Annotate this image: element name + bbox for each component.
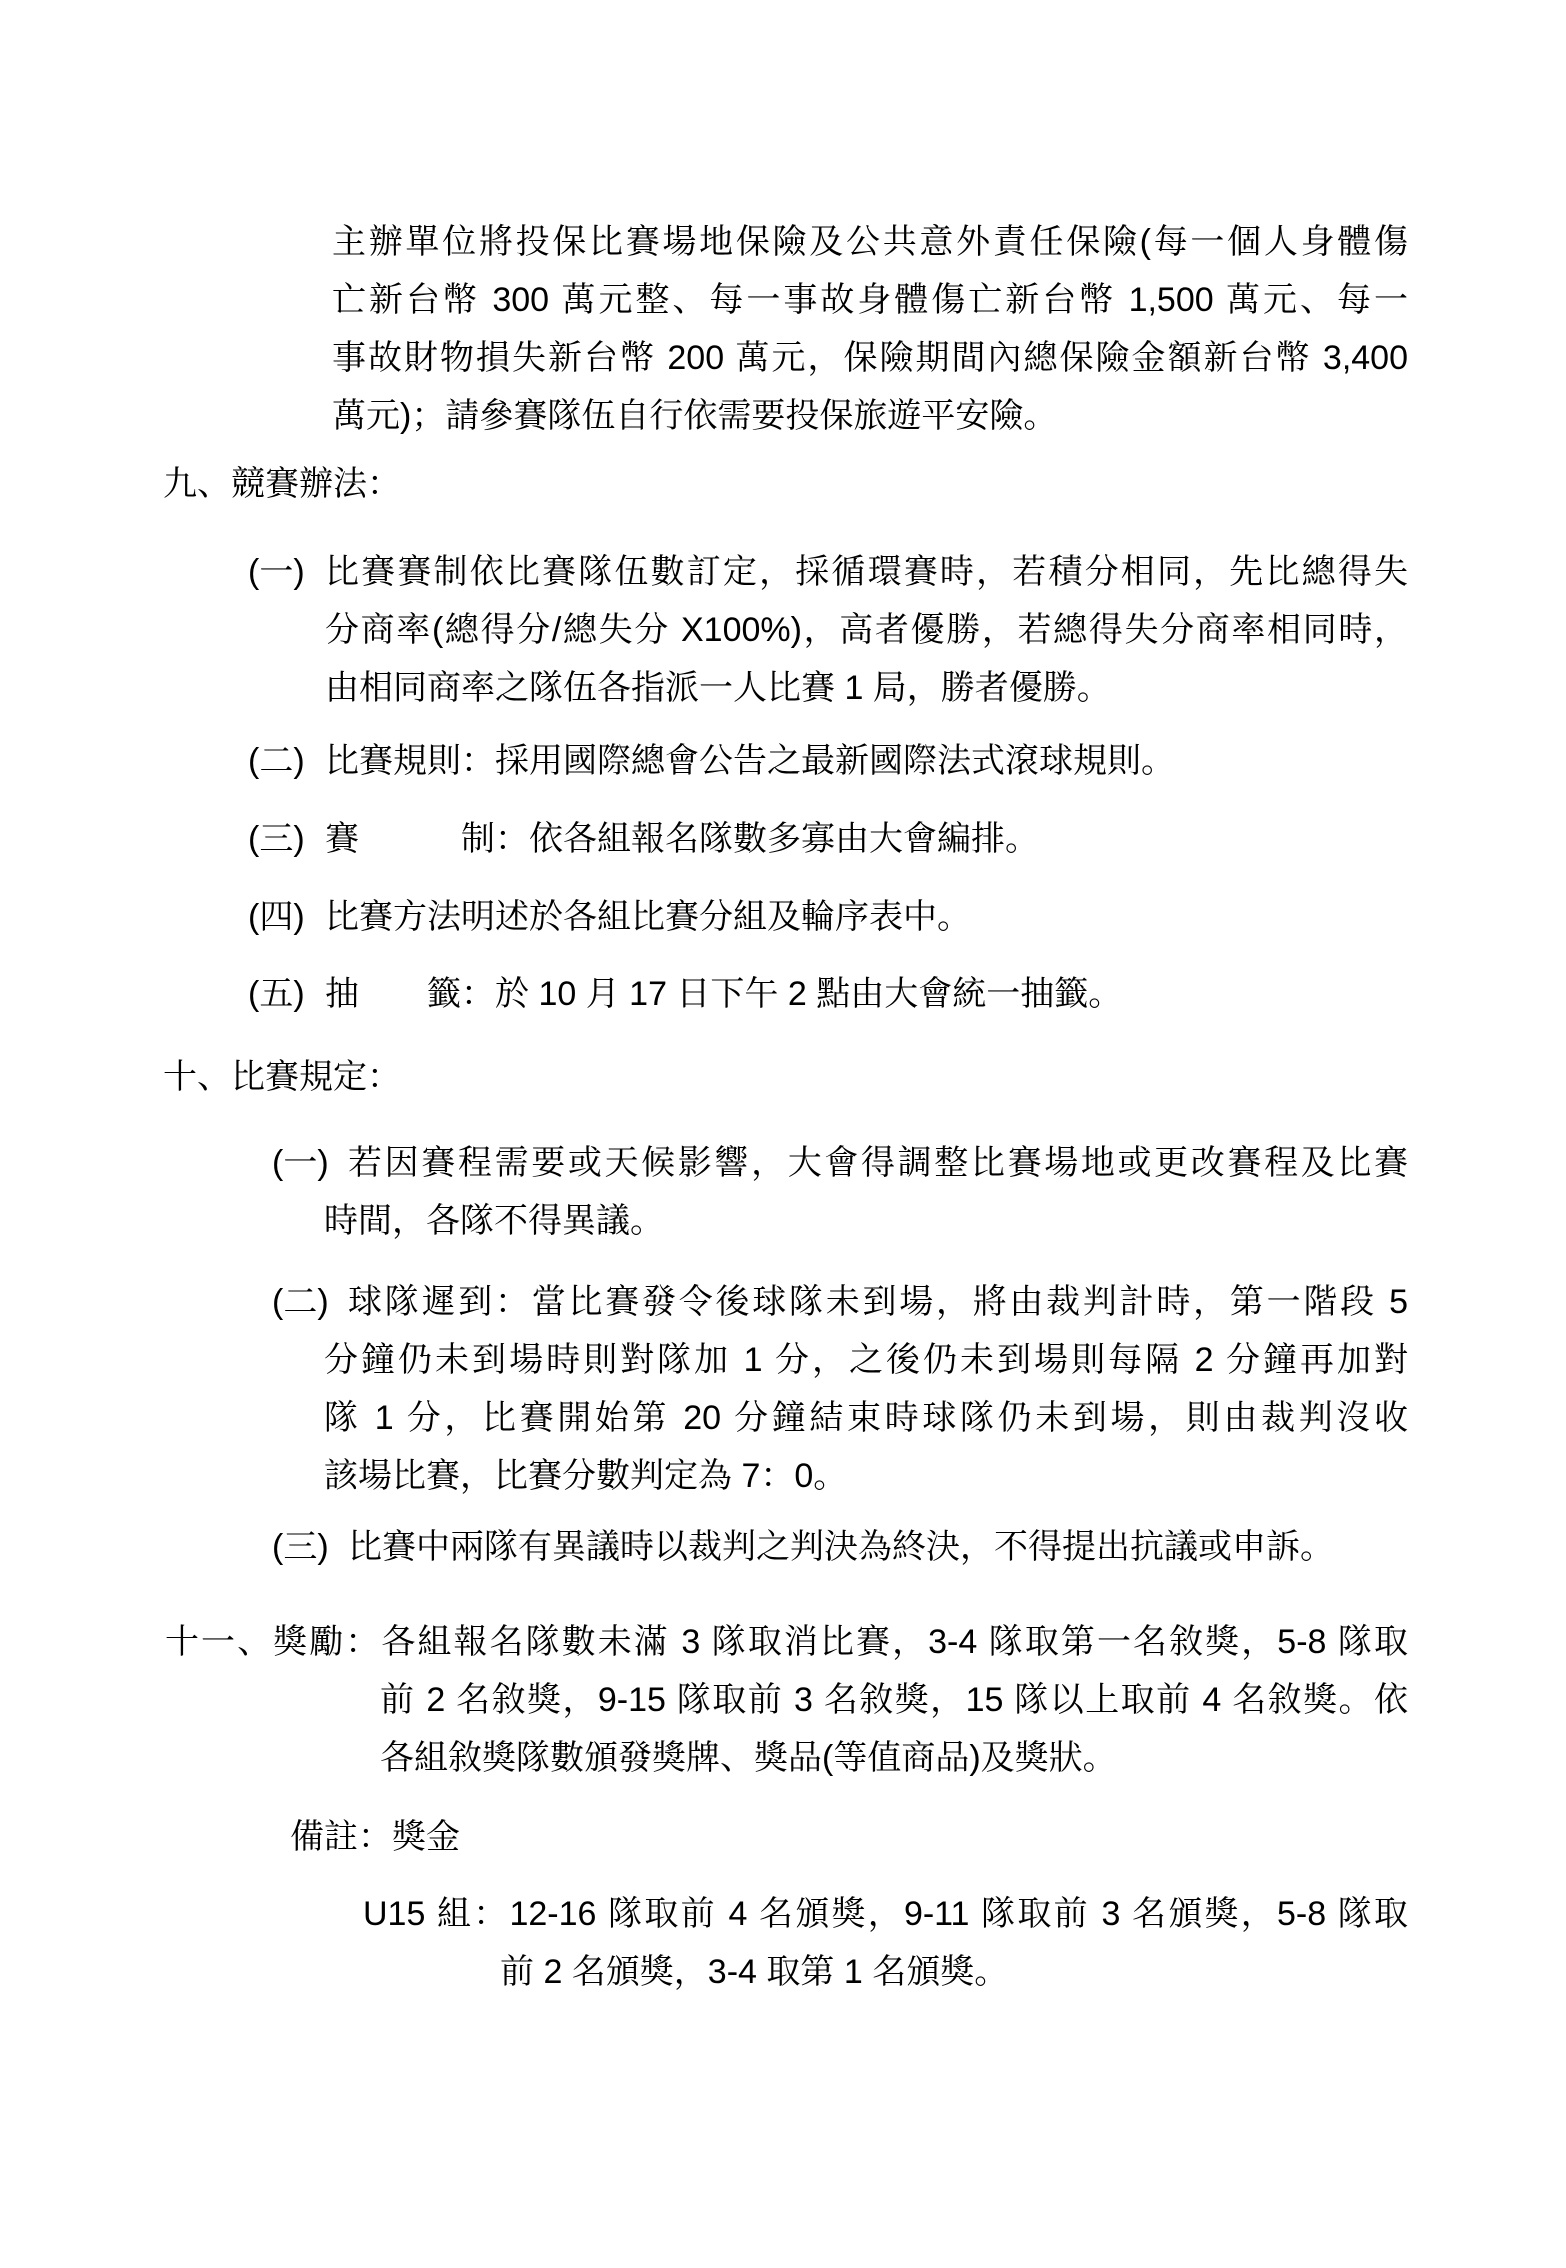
list-item: (三) 賽 制：依各組報名隊數多寡由大會編排。 — [325, 810, 1408, 868]
section-11-paragraph: 十一、獎勵：各組報名隊數未滿 3 隊取消比賽，3-4 隊取第一名敘獎，5-8 隊… — [0, 1613, 1408, 1787]
list-item: (二) 球隊遲到：當比賽發令後球隊未到場，將由裁判計時，第一階段 5分鐘仍未到場… — [324, 1273, 1408, 1505]
list-item: (三) 比賽中兩隊有異議時以裁判之判決為終決，不得提出抗議或申訴。 — [324, 1518, 1408, 1576]
text-line: 若因賽程需要或天候影響，大會得調整比賽場地或更改賽程及比賽 — [324, 1134, 1408, 1192]
item-text: 比賽規則：採用國際總會公告之最新國際法式滾球規則。 — [325, 732, 1408, 790]
text-line: 各組敘獎隊數頒發獎牌、獎品(等值商品)及獎狀。 — [380, 1729, 1408, 1787]
text-line: 萬元)；請參賽隊伍自行依需要投保旅遊平安險。 — [332, 387, 1408, 445]
text-line: 由相同商率之隊伍各指派一人比賽 1 局，勝者優勝。 — [325, 659, 1408, 717]
item-number: (一) — [272, 1134, 329, 1192]
insurance-paragraph: 主辦單位將投保比賽場地保險及公共意外責任保險(每一個人身體傷亡新台幣 300 萬… — [332, 213, 1408, 445]
text-line: 主辦單位將投保比賽場地保險及公共意外責任保險(每一個人身體傷 — [332, 213, 1408, 271]
text-line: 賽 制：依各組報名隊數多寡由大會編排。 — [325, 810, 1408, 868]
text-line: U15 組：12-16 隊取前 4 名頒獎，9-11 隊取前 3 名頒獎，5-8… — [363, 1885, 1408, 1943]
list-item: (五) 抽 籤：於 10 月 17 日下午 2 點由大會統一抽籤。 — [325, 965, 1408, 1023]
list-item: (二) 比賽規則：採用國際總會公告之最新國際法式滾球規則。 — [325, 732, 1408, 790]
item-number: (三) — [272, 1518, 329, 1576]
item-number: (五) — [248, 965, 305, 1023]
remark-line: 備註：獎金 — [290, 1808, 1566, 1866]
item-number: (四) — [248, 888, 305, 946]
text-line: 事故財物損失新台幣 200 萬元，保險期間內總保險金額新台幣 3,400 — [332, 329, 1408, 387]
item-text: 比賽賽制依比賽隊伍數訂定，採循環賽時，若積分相同，先比總得失分商率(總得分/總失… — [325, 543, 1408, 717]
text-line: 該場比賽，比賽分數判定為 7：0。 — [324, 1447, 1408, 1505]
item-text: 球隊遲到：當比賽發令後球隊未到場，將由裁判計時，第一階段 5分鐘仍未到場時則對隊… — [324, 1273, 1408, 1505]
text-line: 時間，各隊不得異議。 — [324, 1192, 1408, 1250]
text-line: 比賽規則：採用國際總會公告之最新國際法式滾球規則。 — [325, 732, 1408, 790]
item-text: 比賽方法明述於各組比賽分組及輪序表中。 — [325, 888, 1408, 946]
text-line: 球隊遲到：當比賽發令後球隊未到場，將由裁判計時，第一階段 5 — [324, 1273, 1408, 1331]
text-line: 比賽賽制依比賽隊伍數訂定，採循環賽時，若積分相同，先比總得失 — [325, 543, 1408, 601]
item-text: 比賽中兩隊有異議時以裁判之判決為終決，不得提出抗議或申訴。 — [324, 1518, 1408, 1576]
list-item: (一) 比賽賽制依比賽隊伍數訂定，採循環賽時，若積分相同，先比總得失分商率(總得… — [325, 543, 1408, 717]
u15-prize-paragraph: U15 組：12-16 隊取前 4 名頒獎，9-11 隊取前 3 名頒獎，5-8… — [0, 1885, 1408, 2001]
item-text: 抽 籤：於 10 月 17 日下午 2 點由大會統一抽籤。 — [325, 965, 1408, 1023]
text-line: 隊 1 分，比賽開始第 20 分鐘結束時球隊仍未到場，則由裁判沒收 — [324, 1389, 1408, 1447]
document-page: 主辦單位將投保比賽場地保險及公共意外責任保險(每一個人身體傷亡新台幣 300 萬… — [0, 0, 1566, 2268]
section-10-heading: 十、比賽規定： — [163, 1048, 1566, 1106]
list-item: (四) 比賽方法明述於各組比賽分組及輪序表中。 — [325, 888, 1408, 946]
text-line: 比賽中兩隊有異議時以裁判之判決為終決，不得提出抗議或申訴。 — [324, 1518, 1408, 1576]
text-line: 抽 籤：於 10 月 17 日下午 2 點由大會統一抽籤。 — [325, 965, 1408, 1023]
text-line: 亡新台幣 300 萬元整、每一事故身體傷亡新台幣 1,500 萬元、每一 — [332, 271, 1408, 329]
item-text: 賽 制：依各組報名隊數多寡由大會編排。 — [325, 810, 1408, 868]
text-line: 分商率(總得分/總失分 X100%)，高者優勝，若總得失分商率相同時， — [325, 601, 1408, 659]
item-number: (二) — [248, 732, 305, 790]
text-line: 十一、獎勵：各組報名隊數未滿 3 隊取消比賽，3-4 隊取第一名敘獎，5-8 隊… — [165, 1613, 1408, 1671]
list-item: (一) 若因賽程需要或天候影響，大會得調整比賽場地或更改賽程及比賽時間，各隊不得… — [324, 1134, 1408, 1250]
item-text: 若因賽程需要或天候影響，大會得調整比賽場地或更改賽程及比賽時間，各隊不得異議。 — [324, 1134, 1408, 1250]
item-number: (一) — [248, 543, 305, 601]
text-line: 比賽方法明述於各組比賽分組及輪序表中。 — [325, 888, 1408, 946]
text-line: 分鐘仍未到場時則對隊加 1 分，之後仍未到場則每隔 2 分鐘再加對 — [324, 1331, 1408, 1389]
text-line: 前 2 名敘獎，9-15 隊取前 3 名敘獎，15 隊以上取前 4 名敘獎。依 — [380, 1671, 1408, 1729]
section-9-heading: 九、競賽辦法： — [163, 455, 1566, 513]
item-number: (三) — [248, 810, 305, 868]
text-line: 前 2 名頒獎，3-4 取第 1 名頒獎。 — [500, 1943, 1408, 2001]
item-number: (二) — [272, 1273, 329, 1331]
